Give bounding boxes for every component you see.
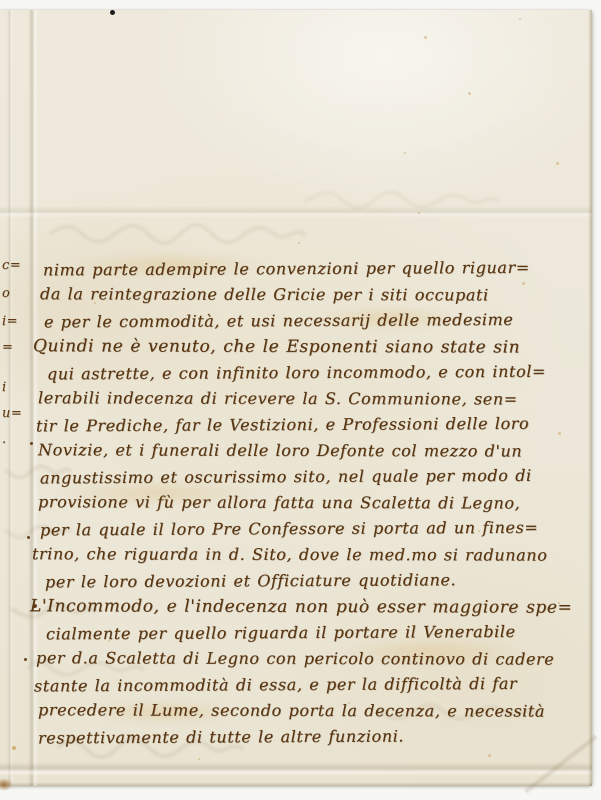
- scanned-document: c= o i= = i u= . nima parte adempire le …: [0, 0, 601, 800]
- manuscript-line: per le loro devozioni et Officiature quo…: [45, 567, 590, 596]
- foxing-spot: [198, 758, 200, 760]
- manuscript-line: trino, che riguarda in d. Sito, dove le …: [32, 541, 590, 568]
- facing-page-text-fragment: o: [2, 286, 10, 301]
- manuscript-text: nima parte adempire le convenzioni per q…: [38, 256, 590, 750]
- upper-horizontal-crease: [0, 206, 592, 218]
- facing-page-text-fragment: i: [2, 380, 7, 395]
- facing-page-text-fragment: .: [2, 432, 7, 447]
- manuscript-line: nima parte adempire le convenzioni per q…: [43, 255, 590, 284]
- foxing-spot: [424, 36, 427, 39]
- foxing-spot: [556, 162, 559, 165]
- manuscript-line: Novizie, et i funerali delle loro Defont…: [38, 437, 590, 464]
- manuscript-line: provisione vi fù per allora fatta una Sc…: [38, 489, 590, 516]
- bleedthrough-ghost-writing: [300, 190, 500, 210]
- manuscript-line: angustissimo et oscurissimo sito, nel qu…: [40, 463, 590, 492]
- facing-page-text-fragment: =: [2, 340, 13, 355]
- foxing-spot: [418, 212, 420, 214]
- ink-dot: [27, 536, 30, 539]
- foxing-spot: [488, 754, 491, 757]
- manuscript-line: cialmente per quello riguarda il portare…: [46, 619, 590, 648]
- manuscript-line: per d.a Scaletta di Legno con pericolo c…: [36, 645, 590, 672]
- manuscript-line: per la quale il loro Pre Confessore si p…: [40, 515, 590, 544]
- manuscript-line: stante la incommodità di essa, e per la …: [34, 671, 590, 700]
- manuscript-line: qui astrette, e con infinito loro incomm…: [47, 359, 590, 388]
- foxing-spot: [12, 746, 16, 750]
- manuscript-line: respettivamente di tutte le altre funzio…: [38, 723, 590, 752]
- foxing-spot: [519, 18, 521, 20]
- ink-dot: [30, 442, 33, 445]
- manuscript-line: L'Incommodo, e l'indecenza non può esser…: [30, 593, 590, 620]
- manuscript-line: tir le Prediche, far le Vestizioni, e Pr…: [36, 411, 590, 440]
- facing-page-text-fragment: u=: [2, 406, 22, 421]
- foxing-spot: [468, 92, 471, 95]
- foxing-spot: [404, 152, 406, 154]
- foxing-spot: [298, 242, 300, 244]
- bleedthrough-ghost-writing: [48, 222, 308, 244]
- facing-page-text-fragment: c=: [2, 258, 21, 273]
- lower-horizontal-crease: [0, 762, 592, 776]
- facing-page-text-fragment: i=: [2, 314, 18, 329]
- manuscript-line: Quindi ne è venuto, che le Esponenti sia…: [33, 333, 590, 360]
- ink-dot: [24, 658, 27, 661]
- ink-speck: [110, 10, 115, 15]
- manuscript-line: precedere il Lume, secondo porta la dece…: [38, 697, 590, 724]
- left-edge-fold-crease: [7, 10, 13, 786]
- manuscript-line: lerabili indecenza di ricevere la S. Com…: [38, 385, 590, 412]
- manuscript-line: e per le commodità, et usi necessarij de…: [44, 307, 590, 336]
- manuscript-line: da la reintegrazione delle Gricie per i …: [40, 281, 590, 308]
- manuscript-page: c= o i= = i u= . nima parte adempire le …: [0, 10, 592, 786]
- edge-stain: [0, 778, 13, 791]
